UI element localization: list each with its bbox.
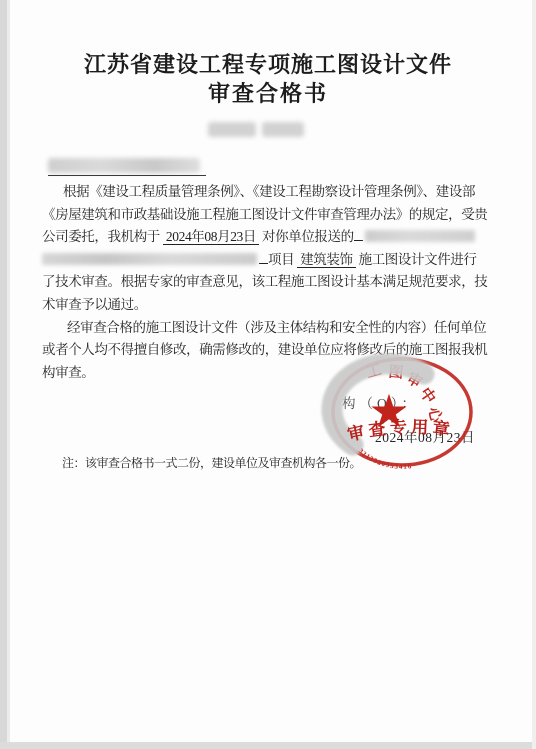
- p1-l4-text-a: 项目: [268, 252, 294, 267]
- redacted-document-number-right: [262, 122, 304, 137]
- scan-edge-left-inner: [7, 0, 10, 749]
- paragraph1-line4: 项目建筑装饰施工图设计文件进行: [42, 249, 512, 272]
- svg-text:审查专用章: 审查专用章: [345, 417, 454, 445]
- addressee-underline: [48, 175, 206, 176]
- scan-edge-left: [0, 0, 7, 749]
- paragraph1-line5: 了技术审查。根据专家的审查意见，该工程施工图设计基本满足规范要求，技: [42, 271, 512, 294]
- document-title: 江苏省建设工程专项施工图设计文件 审查合格书: [10, 50, 526, 108]
- paragraph1-line1: 根据《建设工程质量管理条例》、《建设工程勘察设计管理条例》、建设部: [42, 181, 512, 204]
- redacted-addressee: [48, 158, 200, 173]
- review-date-filled: 2024年08月23日: [163, 229, 259, 245]
- scan-edge-bottom: [0, 742, 536, 749]
- certificate-page: 江苏省建设工程专项施工图设计文件 审查合格书 根据《建设工程质量管理条例》、《建…: [0, 0, 536, 749]
- redacted-document-number-left: [208, 122, 256, 137]
- svg-text:3313920953416: 3313920953416: [357, 447, 413, 471]
- paragraph1-line3: 公司委托，我机构于2024年08月23日对你单位报送的: [42, 226, 512, 249]
- scan-edge-right: [532, 0, 536, 749]
- blank-underline-stub: [259, 251, 268, 264]
- paragraph1-line2: 《房屋建筑和市政基础设施工程施工图设计文件审查管理办法》的规定，受贵: [42, 204, 512, 227]
- p1-l4-text-b: 施工图设计文件进行: [359, 252, 477, 267]
- paragraph2-line1: 经审查合格的施工图设计文件（涉及主体结构和安全性的内容）任何单位: [42, 317, 512, 340]
- document-title-line1: 江苏省建设工程专项施工图设计文件: [10, 50, 526, 79]
- blank-underline-stub: [354, 228, 363, 241]
- redacted-project-name-part1: [365, 230, 475, 242]
- seal-arc-char: 中: [416, 385, 439, 407]
- seal-serial-number: 3313920953416: [357, 447, 413, 471]
- project-type-filled: 建筑装饰: [297, 252, 355, 268]
- document-title-line2: 审查合格书: [10, 79, 526, 108]
- p1-l3-text-a: 公司委托，我机构于: [42, 229, 160, 244]
- redacted-project-name-part2: [42, 253, 257, 265]
- paragraph1-line6: 术审查予以通过。: [42, 294, 512, 317]
- p1-l3-text-b: 对你单位报送的: [262, 229, 354, 244]
- seal-bottom-text: 审查专用章: [345, 417, 454, 445]
- footnote: 注：该审查合格书一式二份，建设单位及审查机构各一份。: [62, 454, 361, 471]
